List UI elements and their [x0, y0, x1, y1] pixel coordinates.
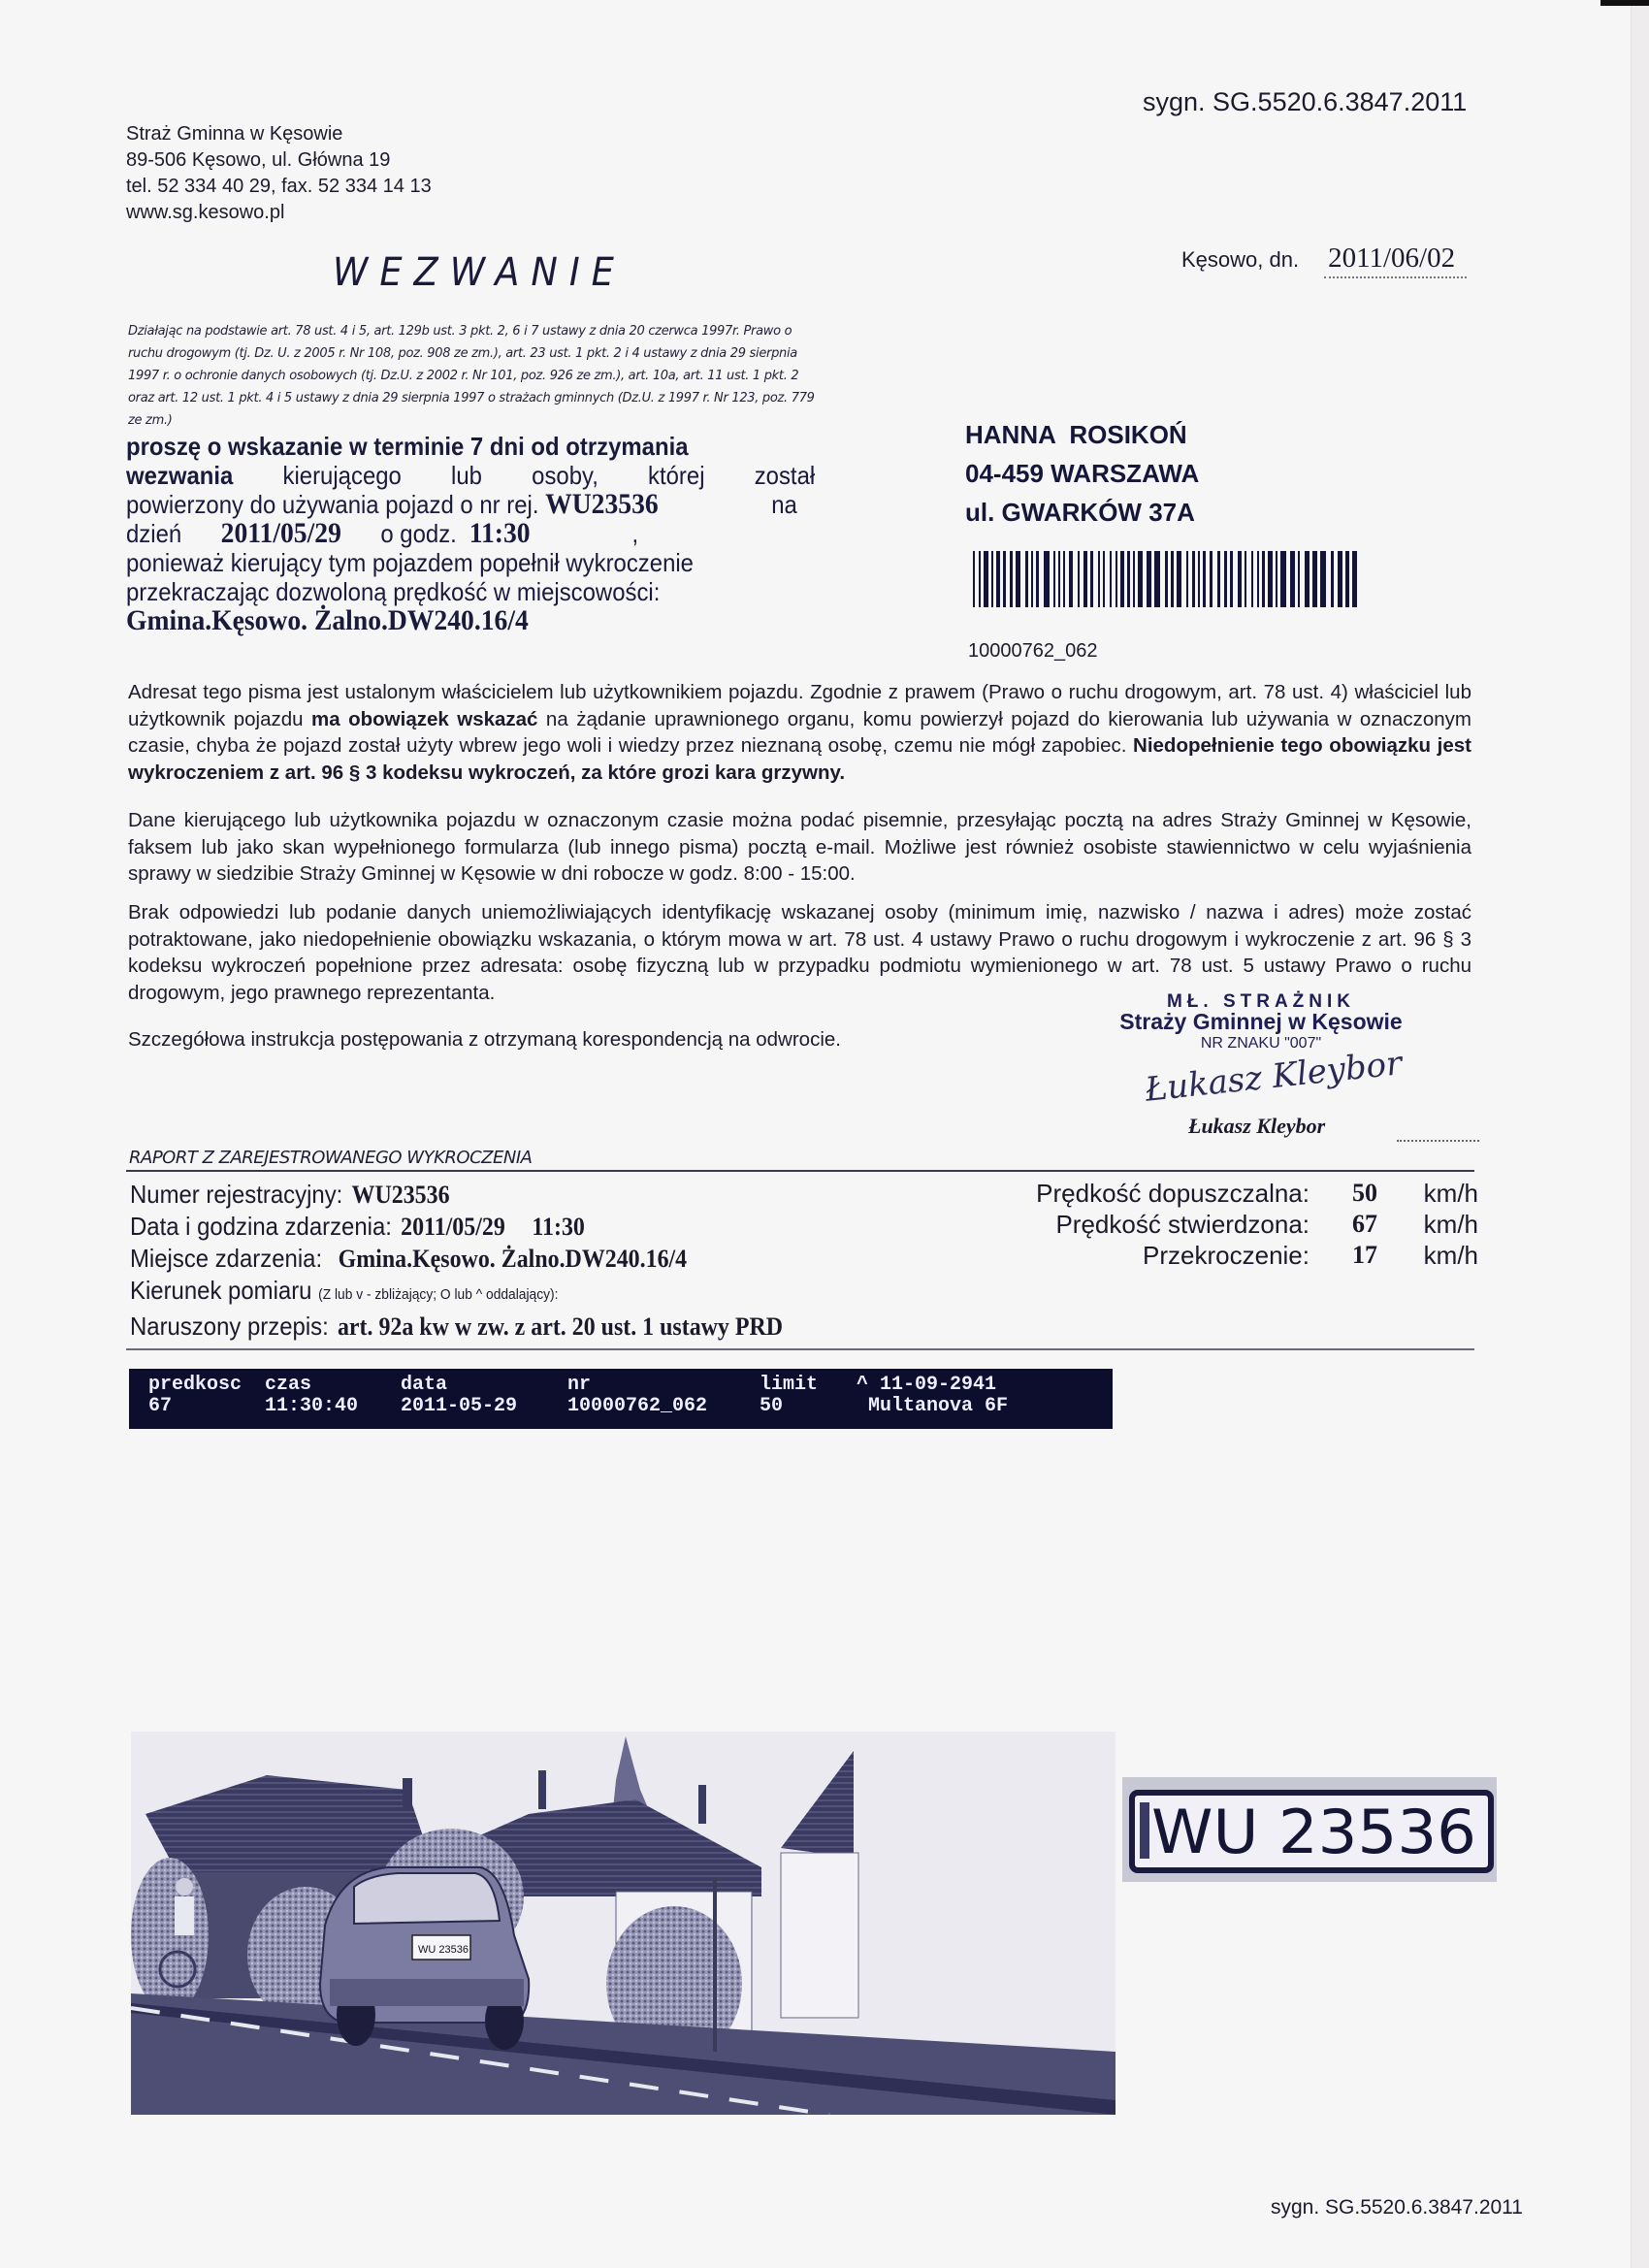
divider [126, 1170, 1474, 1172]
license-plate-closeup: WU 23536 [1122, 1777, 1497, 1882]
report-value: 11:30 [532, 1213, 584, 1241]
summons-plate: WU23536 [545, 488, 659, 520]
barcode-bar [1083, 551, 1087, 607]
barcode-bar [1262, 551, 1265, 607]
barcode-bar [979, 551, 981, 607]
summons-word: lub [451, 461, 482, 490]
speed-value: 50 [1309, 1178, 1401, 1209]
license-plate-closeup-image: WU 23536 [1122, 1777, 1497, 1882]
barcode-bar [1078, 551, 1081, 607]
barcode-bar [1147, 551, 1151, 607]
radar-value: 50 [760, 1396, 857, 1417]
barcode-bar [1063, 551, 1065, 607]
barcode-bar [1290, 551, 1296, 607]
barcode-bar [1069, 551, 1073, 607]
speed-summary: Prędkość dopuszczalna:50km/h Prędkość st… [989, 1178, 1478, 1271]
speed-row-limit: Prędkość dopuszczalna:50km/h [989, 1178, 1478, 1209]
barcode-bar [1345, 551, 1349, 607]
barcode-bar [1257, 551, 1259, 607]
barcode-bar [1036, 551, 1039, 607]
barcode-bar [1305, 551, 1309, 607]
report-row-datetime: Data i godzina zdarzenia:2011/05/2911:30 [130, 1211, 783, 1243]
speed-unit: km/h [1401, 1240, 1478, 1271]
barcode-bar [1058, 551, 1060, 607]
paragraph-owner-obligation: Adresat tego pisma jest ustalonym właści… [128, 679, 1471, 786]
barcode-bar [1115, 551, 1117, 607]
barcode-bar [1098, 551, 1100, 607]
report-value: Gmina.Kęsowo. Żalno.DW240.16/4 [339, 1245, 687, 1273]
summons-date: 2011/05/29 [221, 519, 341, 548]
summons-time: 11:30 [469, 519, 531, 548]
barcode-bar [1320, 551, 1326, 607]
report-hint: (Z lub v - zbliżający; O lub ^ oddalając… [318, 1286, 558, 1303]
addressee-block: HANNA ROSIKOŃ 04-459 WARSZAWA ul. GWARKÓ… [965, 415, 1199, 532]
barcode-number: 10000762_062 [968, 640, 1097, 663]
summons-request: proszę o wskazanie w terminie 7 dni od o… [126, 432, 689, 461]
street-scene-illustration: WU 23536 [131, 1732, 1115, 2115]
paragraph-instructions: Szczegółowa instrukcja postępowania z ot… [128, 1026, 1001, 1053]
summons-vehicle-text: powierzony do używania pojazd o nr rej. [126, 490, 538, 519]
summons-line-3: powierzony do używania pojazd o nr rej. … [126, 490, 815, 519]
report-value: art. 92a kw w zw. z art. 20 ust. 1 ustaw… [338, 1312, 783, 1341]
paragraph-how-to-respond: Dane kierującego lub użytkownika pojazdu… [128, 807, 1471, 888]
radar-header: limit [760, 1375, 857, 1396]
stamp-unit: Straży Gminnej w Kęsowie [1101, 1009, 1421, 1035]
speed-camera-photo: WU 23536 [131, 1732, 1115, 2115]
radar-header: ^ 11-09-2941 [857, 1375, 1080, 1396]
radar-header: nr [567, 1375, 760, 1396]
speed-unit: km/h [1401, 1178, 1478, 1209]
barcode-bar [1177, 551, 1181, 607]
speed-label: Prędkość stwierdzona: [989, 1209, 1309, 1240]
summons-word: o godz. [380, 519, 456, 548]
barcode-bar [1090, 551, 1093, 607]
sender-phone-fax: tel. 52 334 40 29, fax. 52 334 14 13 [126, 174, 432, 200]
report-row-place: Miejsce zdarzenia:Gmina.Kęsowo. Żalno.DW… [130, 1243, 783, 1275]
summons-word-bold: wezwania [126, 461, 233, 490]
summons-location: Gmina.Kęsowo. Żalno.DW240.16/4 [126, 606, 815, 635]
report-label: Kierunek pomiaru [130, 1276, 311, 1305]
barcode-bar [1312, 551, 1317, 607]
radar-value: Multanova 6F [857, 1396, 1080, 1417]
summons-word: której [648, 461, 704, 490]
report-row-violation: Naruszony przepis:art. 92a kw w zw. z ar… [130, 1311, 783, 1343]
signer-name: Łukasz Kleybor [1188, 1114, 1325, 1139]
radar-header: czas [265, 1375, 401, 1396]
speed-row-measured: Prędkość stwierdzona:67km/h [989, 1209, 1478, 1240]
paragraph-no-response: Brak odpowiedzi lub podanie danych uniem… [128, 899, 1471, 1006]
barcode-bar [1298, 551, 1300, 607]
barcode-bar [996, 551, 1000, 607]
issue-date: 2011/06/02 [1324, 243, 1467, 278]
barcode-bar [1331, 551, 1334, 607]
summons-text: proszę o wskazanie w terminie 7 dni od o… [126, 432, 815, 635]
barcode-bar [1003, 551, 1006, 607]
sender-name: Straż Gminna w Kęsowie [126, 121, 432, 147]
barcode-bar [973, 551, 975, 607]
summons-word: osoby, [532, 461, 598, 490]
report-row-direction: Kierunek pomiaru (Z lub v - zbliżający; … [130, 1275, 783, 1311]
barcode-bar [1010, 551, 1013, 607]
speed-row-excess: Przekroczenie:17km/h [989, 1240, 1478, 1271]
paragraph-emphasis: ma obowiązek wskazać [311, 708, 537, 730]
barcode-bar [1268, 551, 1273, 607]
barcode [973, 551, 1361, 607]
case-reference: sygn. SG.5520.6.3847.2011 [1143, 87, 1467, 117]
barcode-bar [1245, 551, 1246, 607]
summons-line-5: ponieważ kierujący tym pojazdem popełnił… [126, 548, 815, 577]
report-value: 2011/05/29 [401, 1213, 505, 1241]
report-row-registration: Numer rejestracyjny:WU23536 [130, 1179, 783, 1211]
speed-unit: km/h [1401, 1209, 1478, 1240]
summons-word: został [755, 461, 815, 490]
summons-word: dzień [126, 519, 181, 548]
summons-line-6: przekraczając dozwoloną prędkość w miejs… [126, 577, 815, 606]
legal-basis: Działając na podstawie art. 78 ust. 4 i … [128, 320, 817, 432]
radar-value: 10000762_062 [567, 1396, 760, 1417]
barcode-bar [1198, 551, 1200, 607]
summons-line-1: proszę o wskazanie w terminie 7 dni od o… [126, 432, 815, 461]
barcode-bar [1133, 551, 1135, 607]
handwritten-signature: Łukasz Kleybor [1144, 1044, 1405, 1110]
speed-label: Przekroczenie: [989, 1240, 1309, 1271]
plate-crop-text: WU 23536 [1151, 1797, 1476, 1867]
speed-value: 67 [1309, 1209, 1401, 1240]
barcode-bar [1103, 551, 1105, 607]
barcode-bar [1210, 551, 1212, 607]
report-value: WU23536 [352, 1181, 450, 1209]
barcode-bar [1352, 551, 1357, 607]
report-title: RAPORT Z ZAREJESTROWANEGO WYKROCZENIA [129, 1148, 532, 1168]
divider [126, 1348, 1474, 1350]
radar-header: data [401, 1375, 567, 1396]
radar-value: 2011-05-29 [401, 1396, 567, 1417]
barcode-bar [1203, 551, 1206, 607]
barcode-bar [1165, 551, 1168, 607]
speed-value: 17 [1309, 1240, 1401, 1271]
barcode-bar [1192, 551, 1195, 607]
summons-line-4: dzień 2011/05/29 o godz. 11:30 , [126, 519, 815, 548]
barcode-bar [1224, 551, 1227, 607]
footer-reference: sygn. SG.5520.6.3847.2011 [1271, 2196, 1523, 2219]
barcode-bar [1044, 551, 1050, 607]
place-date: Kęsowo, dn.2011/06/02 [1181, 243, 1467, 278]
barcode-bar [1171, 551, 1174, 607]
barcode-bar [1016, 551, 1020, 607]
scan-edge-mark [1600, 0, 1649, 6]
barcode-bar [1276, 551, 1277, 607]
speed-label: Prędkość dopuszczalna: [989, 1178, 1309, 1209]
barcode-bar [1217, 551, 1220, 607]
report-label: Miejsce zdarzenia: [130, 1244, 322, 1273]
radar-value: 67 [129, 1396, 265, 1417]
sender-block: Straż Gminna w Kęsowie 89-506 Kęsowo, ul… [126, 121, 432, 226]
barcode-bar [1120, 551, 1124, 607]
car: WU 23536 [320, 1867, 529, 2050]
summons-word: kierującego [283, 461, 402, 490]
radar-values: 67 11:30:40 2011-05-29 10000762_062 50 M… [129, 1396, 1113, 1417]
addressee-city: 04-459 WARSZAWA [965, 454, 1199, 493]
summons-punct: , [631, 519, 638, 548]
report-label: Data i godzina zdarzenia: [130, 1212, 392, 1241]
barcode-bar [1338, 551, 1342, 607]
barcode-bar [984, 551, 988, 607]
radar-value: 11:30:40 [265, 1396, 401, 1417]
radar-header: predkosc [129, 1375, 265, 1396]
official-stamp: MŁ. STRAŻNIK Straży Gminnej w Kęsowie NR… [1101, 991, 1421, 1053]
barcode-bar [1031, 551, 1033, 607]
barcode-bar [1025, 551, 1028, 607]
report-label: Naruszony przepis: [130, 1312, 329, 1341]
addressee-street: ul. GWARKÓW 37A [965, 493, 1199, 532]
summons-word: na [771, 490, 797, 519]
radar-headers: predkosc czas data nr limit ^ 11-09-2941 [129, 1375, 1113, 1396]
report-label: Numer rejestracyjny: [130, 1180, 342, 1209]
barcode-bar [1238, 551, 1242, 607]
summons-line-2: wezwania kierującego lub osoby, której z… [126, 461, 815, 490]
sender-address: 89-506 Kęsowo, ul. Główna 19 [126, 147, 432, 174]
signature-dotted-line [1397, 1140, 1479, 1142]
sender-website: www.sg.kesowo.pl [126, 200, 432, 226]
car-plate-text: WU 23536 [418, 1944, 469, 1956]
document-title: WEZWANIE [333, 250, 626, 295]
barcode-bar [1110, 551, 1112, 607]
barcode-bar [1230, 551, 1233, 607]
radar-data-strip: predkosc czas data nr limit ^ 11-09-2941… [129, 1369, 1113, 1429]
page-edge [1631, 0, 1649, 2268]
barcode-bar [1127, 551, 1130, 607]
barcode-bar [1186, 551, 1188, 607]
addressee-name: HANNA ROSIKOŃ [965, 415, 1199, 454]
barcode-bar [1138, 551, 1143, 607]
barcode-bar [991, 551, 993, 607]
barcode-bar [1280, 551, 1286, 607]
barcode-bar [1053, 551, 1055, 607]
barcode-bar [1251, 551, 1253, 607]
place-date-label: Kęsowo, dn. [1181, 247, 1299, 272]
report-details: Numer rejestracyjny:WU23536 Data i godzi… [130, 1179, 783, 1343]
barcode-bar [1154, 551, 1160, 607]
